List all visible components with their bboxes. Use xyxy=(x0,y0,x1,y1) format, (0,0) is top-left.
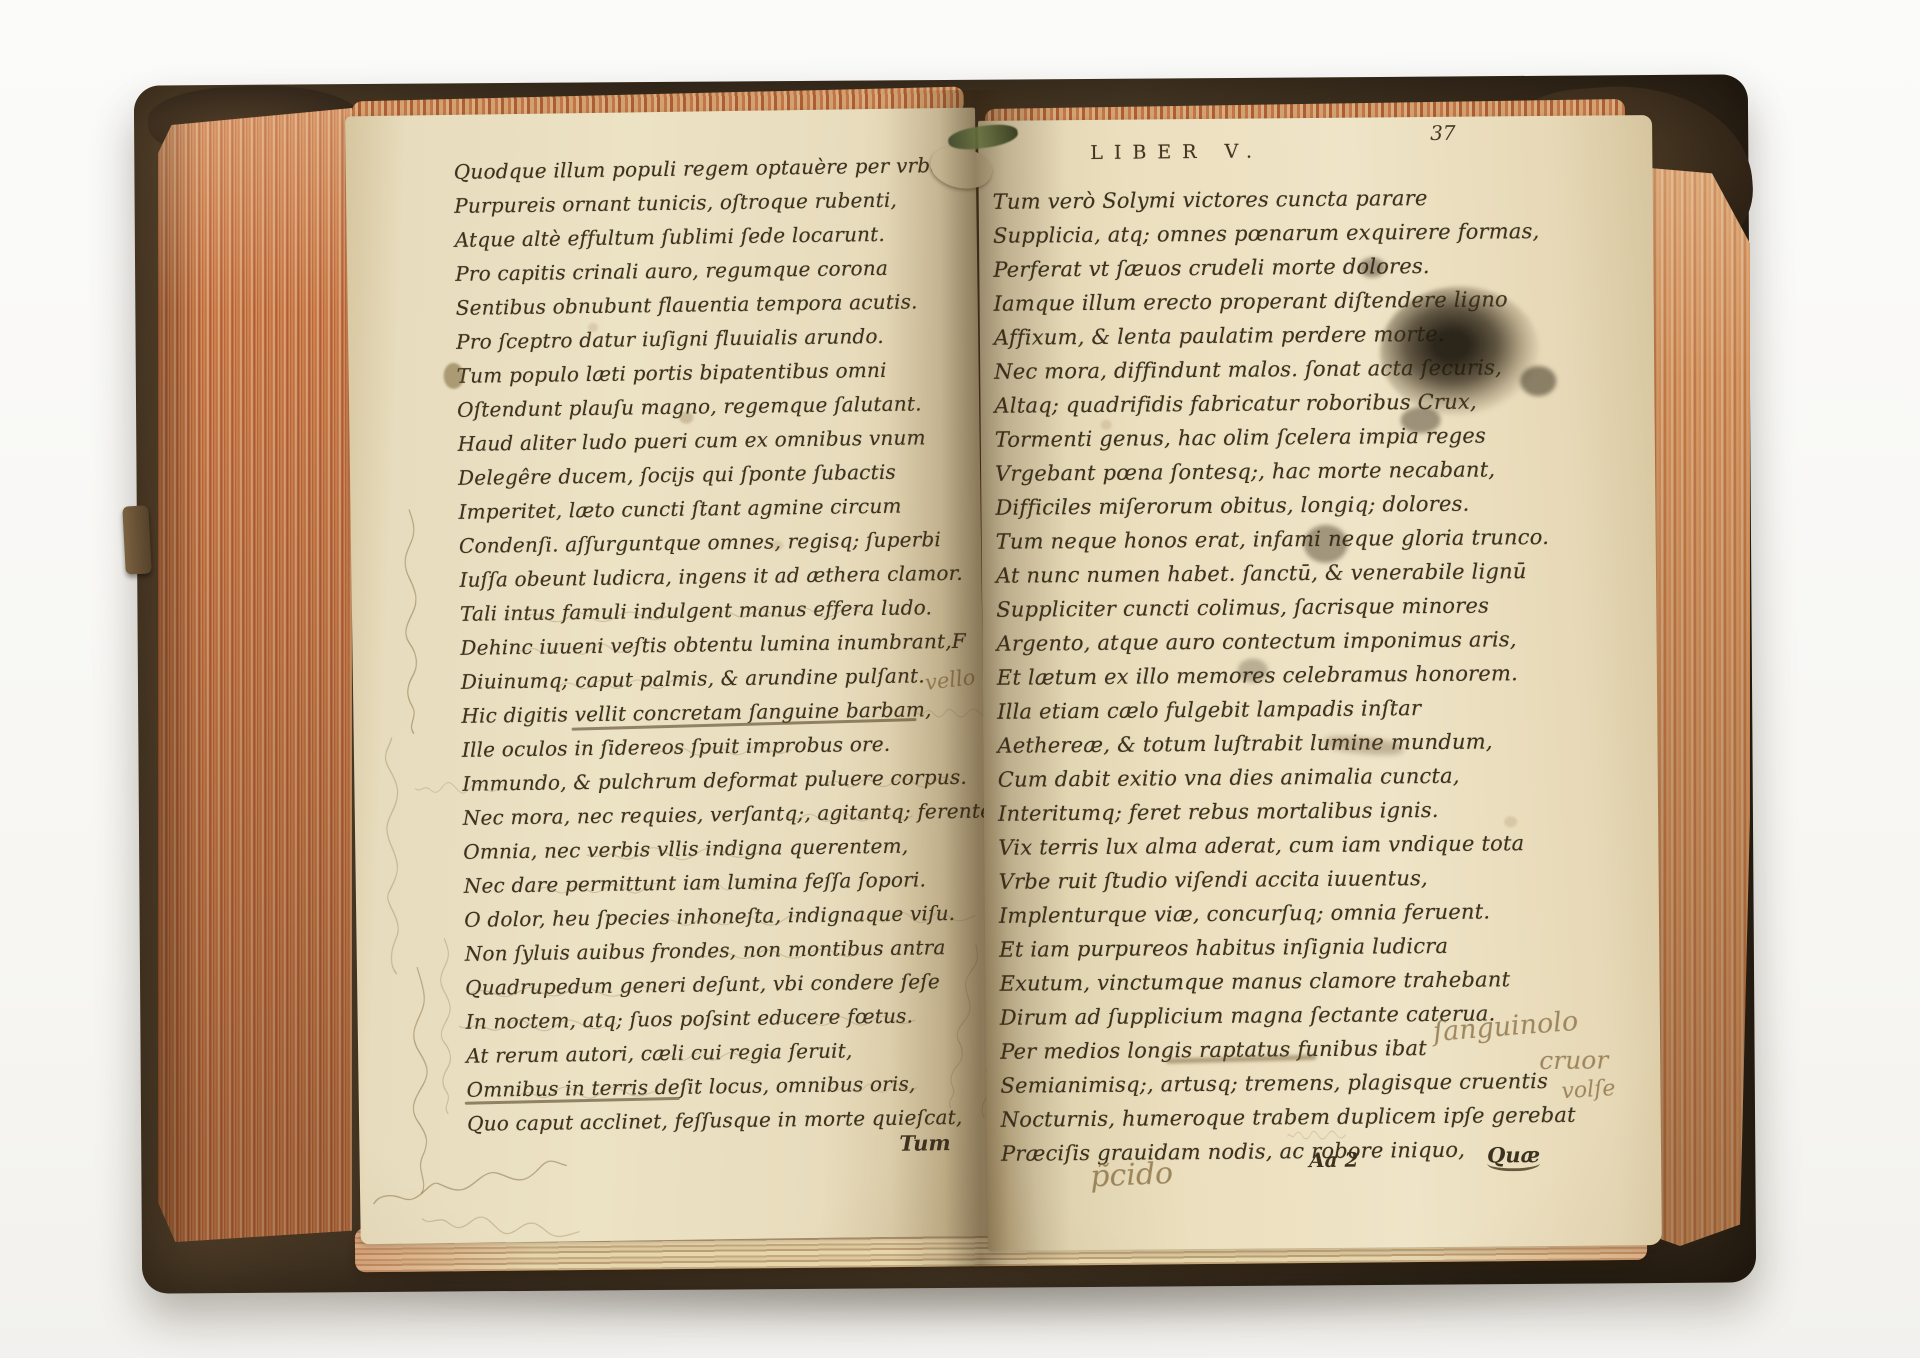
verse-line: Tum neque honos erat, infami neque glori… xyxy=(996,520,1571,559)
margin-note-cruor: cruor xyxy=(1539,1045,1608,1075)
verse-line: Interitumq; feret rebus mortalibus ignis… xyxy=(998,792,1573,831)
verse-line: Exutum, vinctumque manus clamore traheba… xyxy=(999,962,1574,1001)
left-page: Quodque illum populi regem optauère per … xyxy=(345,108,991,1245)
interlinear-scribble xyxy=(687,947,867,963)
marginalia-scribble xyxy=(412,965,431,1195)
verse-line: Cum dabit exitio vna dies animalia cunct… xyxy=(998,758,1573,797)
interlinear-scribble xyxy=(658,1050,778,1064)
interlinear-scribble xyxy=(913,707,993,720)
verse-line: Supplicia, atq; omnes pœnarum exquirere … xyxy=(993,214,1568,253)
marginalia-scribble xyxy=(370,1156,570,1211)
verse-line: Aethereæ, & totum luſtrabit lumine mundu… xyxy=(997,724,1572,763)
verse-line: Argento, atque auro contectum imponimus … xyxy=(996,622,1571,661)
catchword-left: Tum xyxy=(899,1130,951,1156)
verse-line: Perferat vt ſæuos crudeli morte dolores. xyxy=(993,248,1568,287)
gathering-signature: Aa 2 xyxy=(1309,1148,1359,1172)
verse-line: Vix terris lux alma aderat, cum iam vndi… xyxy=(998,826,1573,865)
catchword-right: Quæ xyxy=(1487,1142,1540,1171)
interlinear-scribble xyxy=(656,914,806,929)
verse-line: Iamque illum erecto properant diſtendere… xyxy=(993,282,1568,321)
bottom-note-pcido: p̃cido xyxy=(1089,1156,1173,1195)
running-header: LIBER V. xyxy=(1090,140,1263,164)
foxing-spot xyxy=(1504,816,1517,827)
verse-line: Et iam purpureos habitus inſignia ludicr… xyxy=(999,928,1574,967)
verse-line: Illa etiam cælo fulgebit lampadis inſtar xyxy=(997,690,1572,729)
interlinear-scribble xyxy=(536,882,666,897)
verse-line: Tormenti genus, hac olim ſcelera impia r… xyxy=(995,418,1570,457)
interlinear-scribble xyxy=(778,1014,918,1029)
foxing-spot xyxy=(588,323,598,332)
interlinear-scribble xyxy=(414,782,504,795)
verse-line: Suppliciter cuncti colimus, ſacrisque mi… xyxy=(996,588,1571,627)
interlinear-scribble xyxy=(829,1082,919,1095)
marginalia-scribble xyxy=(438,935,455,1115)
verse-line: Difficiles miſerorum obitus, longiq; dol… xyxy=(995,486,1570,525)
verse-line: Tum verò Solymi victores cuncta parare xyxy=(993,180,1568,219)
interlinear-scribble xyxy=(558,678,688,693)
photo-backdrop: Quodque illum populi regem optauère per … xyxy=(0,0,1920,1358)
interlinear-scribble xyxy=(824,776,954,791)
fore-edge-right-sprinkled xyxy=(1650,168,1750,1246)
interlinear-scribble xyxy=(458,1019,618,1034)
marginalia-scribble xyxy=(1287,1130,1347,1143)
interlinear-scribble xyxy=(785,811,915,826)
verse-line: At nunc numen habet. ſanctū, & venerabil… xyxy=(996,554,1571,593)
verse-line: Vrbe ruit ſtudio viſendi accita iuuentus… xyxy=(999,860,1574,899)
margin-note-volse: volſe xyxy=(1561,1076,1616,1104)
verse-line: Semianimisq;, artusq; tremens, plagisque… xyxy=(1000,1064,1575,1103)
foxing-spot xyxy=(1101,420,1112,430)
interlinear-scribble xyxy=(696,880,796,893)
interlinear-scribble xyxy=(502,610,672,626)
foxing-spot xyxy=(771,540,783,550)
interlinear-scribble xyxy=(712,605,862,621)
verse-line: Et lætum ex illo memores celebramus hono… xyxy=(997,656,1572,695)
interlinear-scribble xyxy=(585,847,765,864)
interlinear-scribble xyxy=(517,642,637,657)
interlinear-scribble xyxy=(509,1086,659,1101)
right-page: LIBER V. 37 Tum verò Solymi victores cun… xyxy=(978,115,1662,1251)
verse-line: Affixum, & lenta paulatim perdere morte. xyxy=(994,316,1569,355)
verse-line: Altaq; quadrifidis fabricatur roboribus … xyxy=(994,384,1569,423)
page-number: 37 xyxy=(1430,121,1456,145)
marginalia-scribble xyxy=(402,505,421,735)
interlinear-scribble xyxy=(467,984,657,1001)
fore-edge-left-sprinkled xyxy=(158,108,352,1242)
interlinear-scribble xyxy=(856,912,976,926)
marginalia-scribble xyxy=(420,1212,581,1242)
verse-line: Vrgebant pœna ſontesq;, hac morte necaba… xyxy=(995,452,1570,491)
verse-line: Implenturque viæ, concurſuq; omnia ferue… xyxy=(999,894,1574,933)
clasp-tab xyxy=(122,505,152,574)
verse-line: Nec mora, diffindunt malos. ſonat acta ſ… xyxy=(994,350,1569,389)
marginalia-scribble xyxy=(384,736,403,976)
interlinear-scribble xyxy=(654,744,794,759)
